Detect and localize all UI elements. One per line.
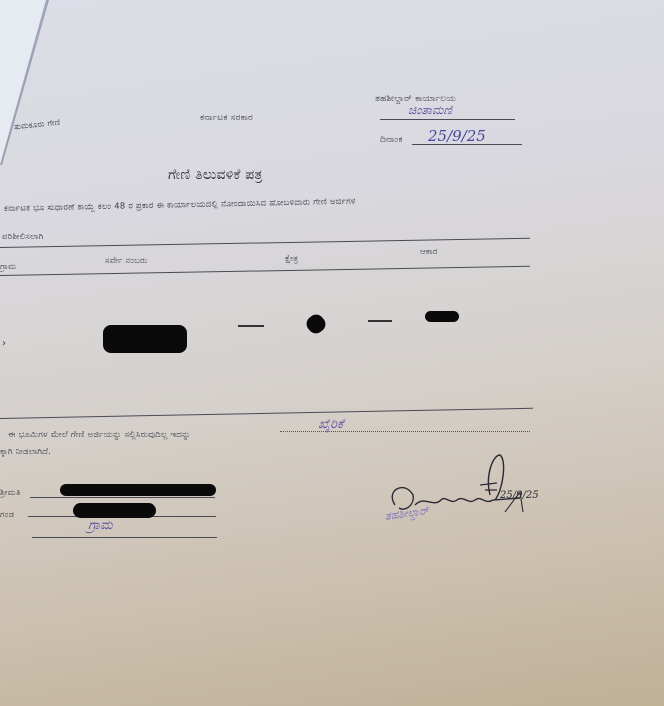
addressee-place-handwritten: ಗ್ರಾಮ [88, 518, 113, 533]
redacted-addressee-name [60, 484, 216, 496]
date-underline [412, 144, 522, 145]
table-header-village: ಗ್ರಾಮ [0, 262, 16, 272]
document-title: ಗೇಣಿ ತಿಲುವಳಿಕೆ ಪತ್ರ [168, 167, 263, 183]
intro-line-2: ಪರಿಶೀಲಿಸಲಾಗಿ [2, 232, 44, 242]
table-header-assessment: ಆಕಾರ [420, 247, 438, 257]
office-place-handwritten: ಚಿಂತಾಮಣಿ [408, 103, 452, 118]
government-name: ಕರ್ನಾಟಕ ಸರಕಾರ [200, 113, 253, 123]
date-label: ದಿನಾಂಕ [380, 135, 403, 145]
statement-handwritten: ಖೈರಿಕೆ [318, 417, 343, 432]
row-dash-1 [238, 325, 264, 327]
redacted-survey-number [103, 325, 187, 353]
statement-line-1: ಈ ಭೂಮಿಗಳ ಮೇಲೆ ಗೇಣಿ ಅರ್ಜಿಯನ್ನು ಸಲ್ಲಿಸಿರುವ… [8, 430, 191, 440]
document-photo [0, 0, 664, 706]
row-dash-2 [368, 320, 392, 322]
date-handwritten: 25/9/25 [428, 127, 486, 145]
table-header-area: ಕ್ಷೇತ್ರ [285, 254, 298, 264]
redacted-assessment [425, 311, 459, 322]
addressee-place-line [32, 537, 217, 538]
office-place-underline [380, 119, 515, 120]
signature-date: 25/9/25 [500, 490, 539, 501]
redacted-addressee-relation [73, 503, 156, 518]
addressee-name-line [30, 497, 215, 498]
row-village-fragment: › [2, 338, 6, 349]
table-header-survey: ಸರ್ವೇ ನಂಬರು [105, 256, 148, 266]
signature-icon [385, 450, 580, 540]
addressee-relation-label: ಗಂಡ [0, 510, 14, 520]
statement-line-2: ಕ್ಕಾಗಿ ನೀಡಲಾಗಿದೆ. [0, 447, 51, 457]
addressee-name-label: ಶ್ರೀಮತಿ [0, 488, 21, 498]
